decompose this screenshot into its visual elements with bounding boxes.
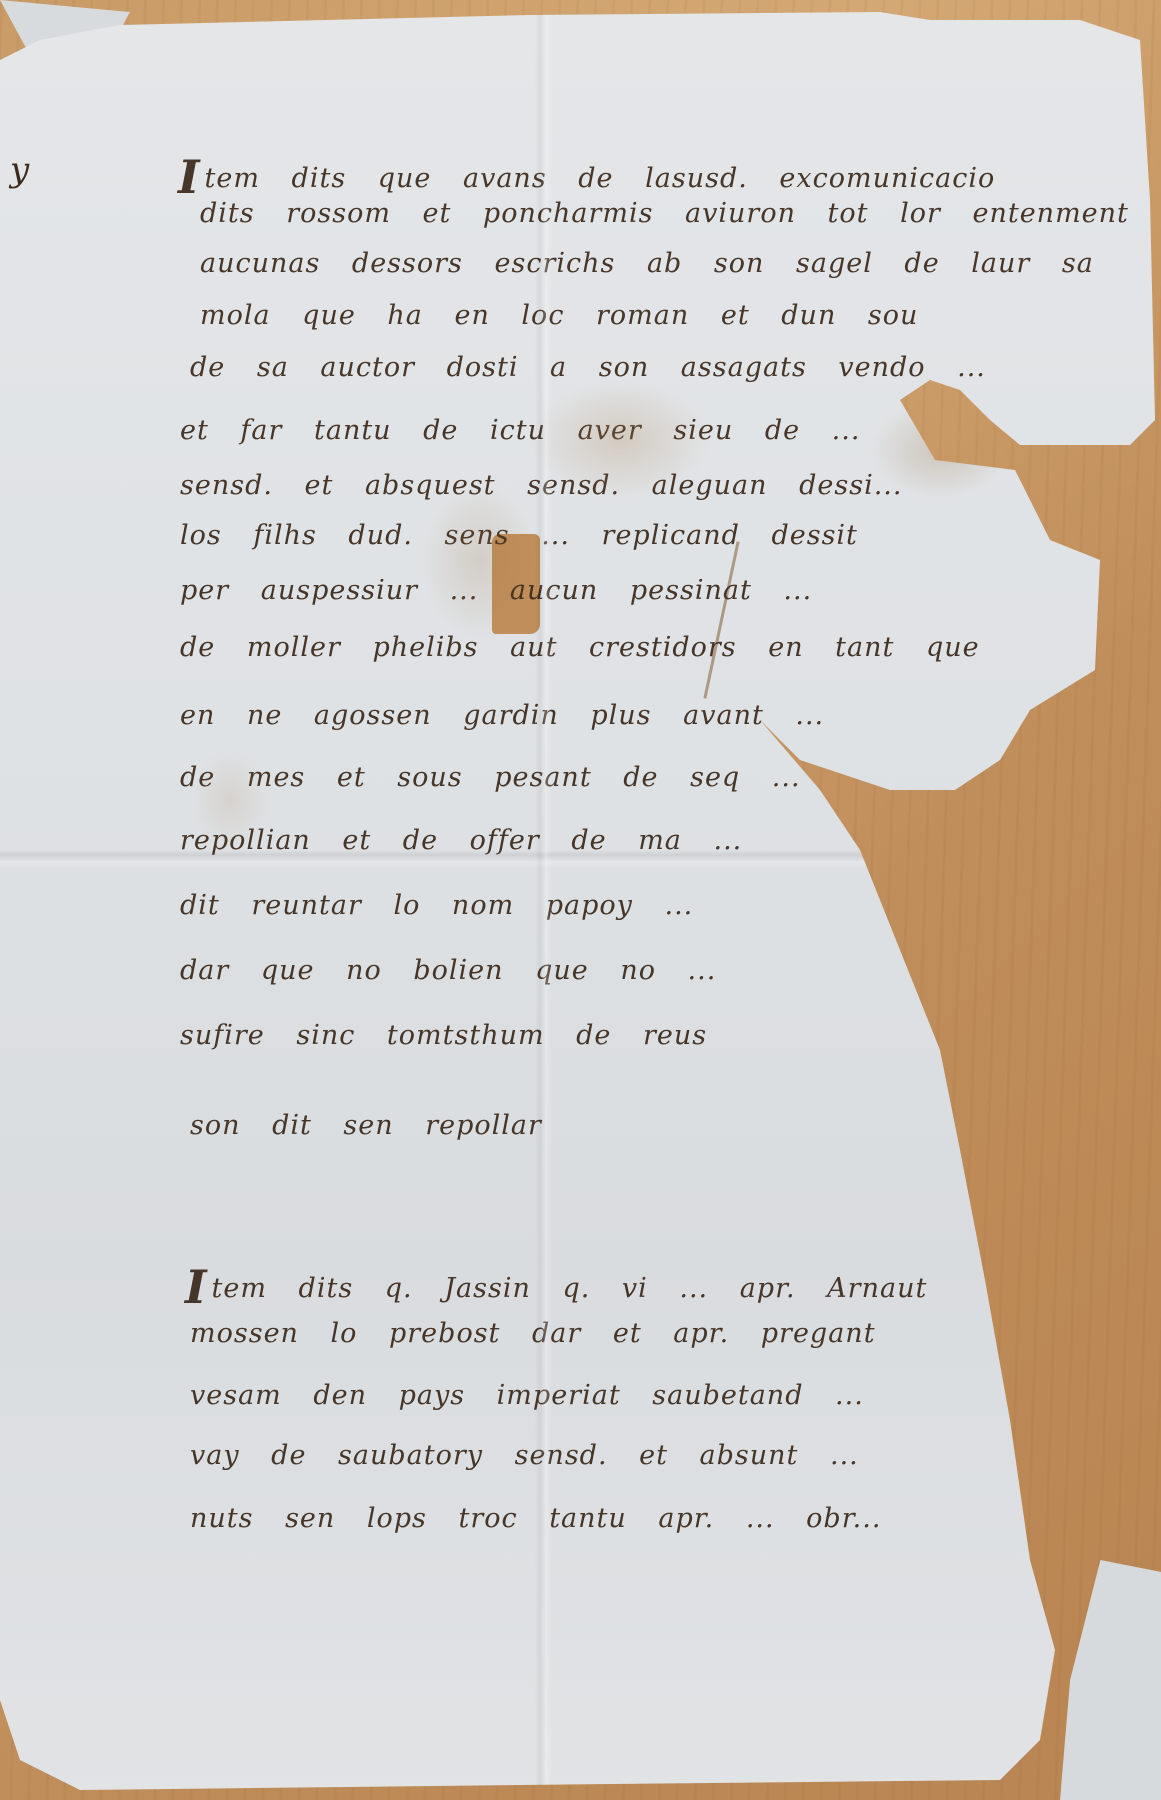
- margin-mark: y: [10, 150, 29, 190]
- manuscript-line: sensd. et absquest sensd. aleguan dessi.…: [180, 470, 902, 501]
- manuscript-line: vesam den pays imperiat saubetand ...: [190, 1380, 864, 1411]
- manuscript-line: de sa auctor dosti a son assagats vendo …: [190, 352, 986, 383]
- manuscript-line: los filhs dud. sens ... replicand dessit: [180, 520, 858, 551]
- decorated-initial: I: [185, 1260, 208, 1314]
- manuscript-line: de mes et sous pesant de seq ...: [180, 762, 801, 793]
- paper-tear: [703, 541, 739, 698]
- decorated-initial: I: [178, 150, 201, 204]
- manuscript-line: nuts sen lops troc tantu apr. ... obr...: [190, 1503, 881, 1534]
- paper-fragment-bottom-right: [1060, 1560, 1161, 1800]
- manuscript-line: et far tantu de ictu aver sieu de ...: [180, 415, 860, 446]
- manuscript-line: son dit sen repollar: [190, 1110, 542, 1141]
- manuscript-line: Item dits que avans de lasusd. excomunic…: [178, 150, 995, 204]
- manuscript-line: de moller phelibs aut crestidors en tant…: [180, 632, 980, 663]
- paper-hole: [492, 534, 540, 634]
- manuscript-line: Item dits q. Jassin q. vi ... apr. Arnau…: [185, 1260, 927, 1314]
- manuscript-sheet: y Item dits que avans de lasusd. excomun…: [0, 0, 1161, 1800]
- manuscript-line: vay de saubatory sensd. et absunt ...: [190, 1440, 859, 1471]
- manuscript-line: mossen lo prebost dar et apr. pregant: [190, 1318, 876, 1349]
- manuscript-line: repollian et de offer de ma ...: [180, 825, 742, 856]
- manuscript-line: per auspessiur ... aucun pessinat ...: [180, 575, 812, 606]
- manuscript-line: mola que ha en loc roman et dun sou: [200, 300, 918, 331]
- manuscript-line: dit reuntar lo nom papoy ...: [180, 890, 693, 921]
- manuscript-line: en ne agossen gardin plus avant ...: [180, 700, 824, 731]
- manuscript-line: aucunas dessors escrichs ab son sagel de…: [200, 248, 1094, 279]
- manuscript-line: dar que no bolien que no ...: [180, 955, 716, 986]
- manuscript-line: sufire sinc tomtsthum de reus: [180, 1020, 707, 1051]
- manuscript-line: dits rossom et poncharmis aviuron tot lo…: [200, 198, 1129, 229]
